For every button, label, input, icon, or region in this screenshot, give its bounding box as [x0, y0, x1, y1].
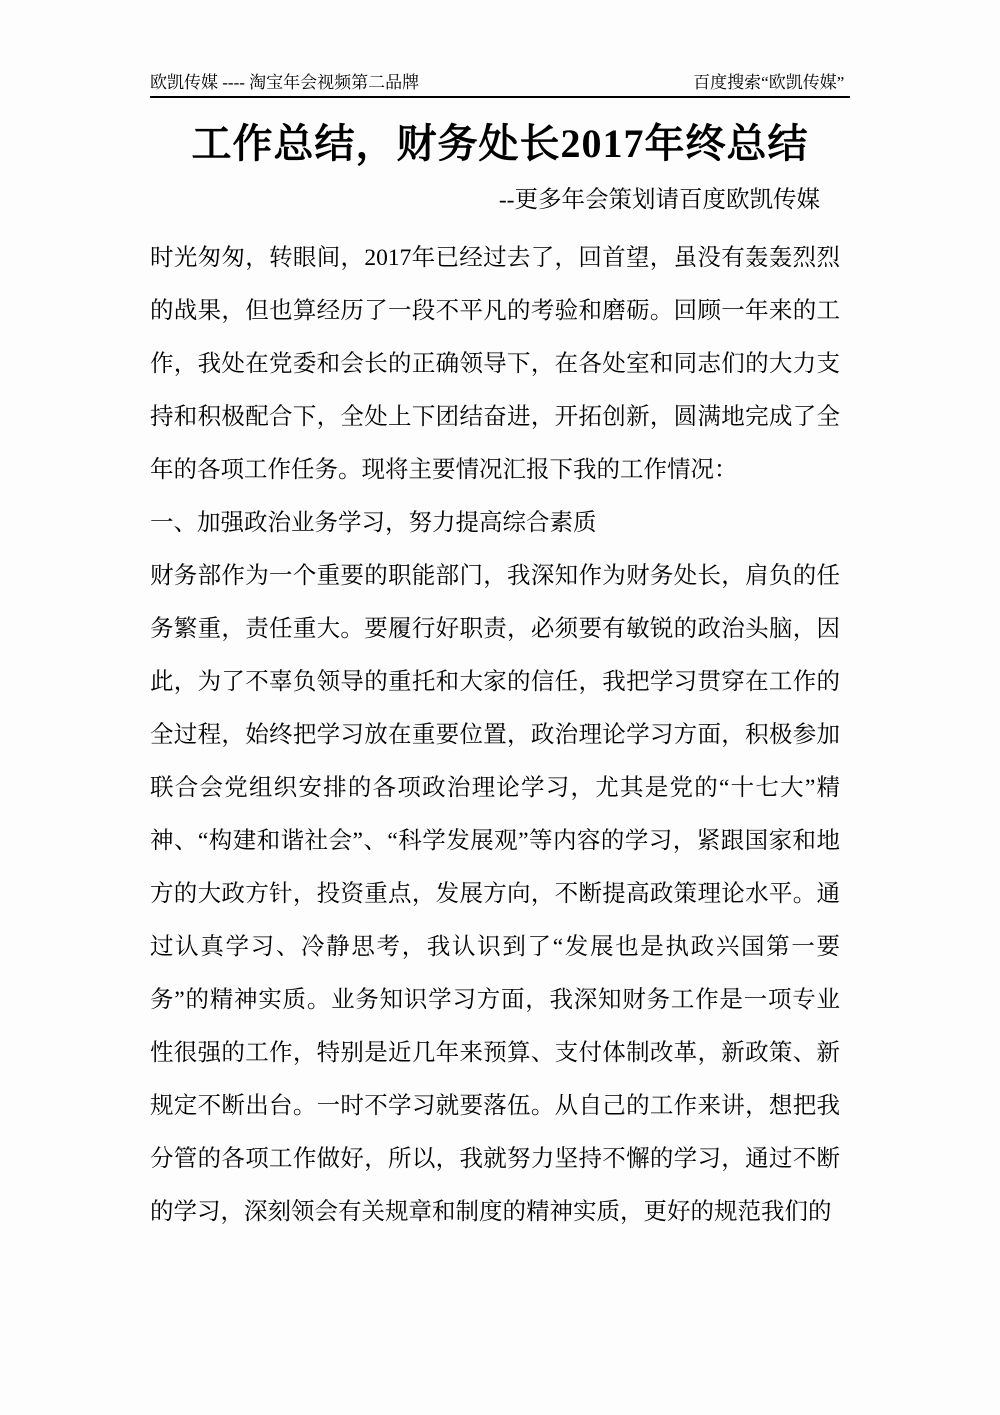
body-paragraph: 时光匆匆，转眼间，2017年已经过去了，回首望，虽没有轰轰烈烈的战果，但也算经历… — [150, 232, 840, 497]
document-subtitle: --更多年会策划请百度欧凯传媒 — [150, 178, 850, 222]
header-search-hint: 百度搜索“欧凯传媒” — [693, 73, 844, 92]
body-paragraph: 财务部作为一个重要的职能部门，我深知作为财务处长，肩负的任务繁重，责任重大。要履… — [150, 550, 840, 1239]
document-body: 时光匆匆，转眼间，2017年已经过去了，回首望，虽没有轰轰烈烈的战果，但也算经历… — [150, 232, 840, 1239]
header-spacer — [419, 87, 693, 88]
page-header: 欧凯传媒 ---- 淘宝年会视频第二品牌百度搜索“欧凯传媒” — [150, 0, 850, 98]
body-paragraph: 一、加强政治业务学习，努力提高综合素质 — [150, 497, 840, 550]
header-brand-text: 欧凯传媒 ---- 淘宝年会视频第二品牌 — [150, 73, 419, 92]
header-paragraph: 欧凯传媒 ---- 淘宝年会视频第二品牌百度搜索“欧凯传媒” — [150, 70, 850, 95]
document-page: 欧凯传媒 ---- 淘宝年会视频第二品牌百度搜索“欧凯传媒” 工作总结，财务处长… — [0, 0, 1000, 1415]
document-title: 工作总结，财务处长2017年终总结 — [150, 116, 850, 172]
